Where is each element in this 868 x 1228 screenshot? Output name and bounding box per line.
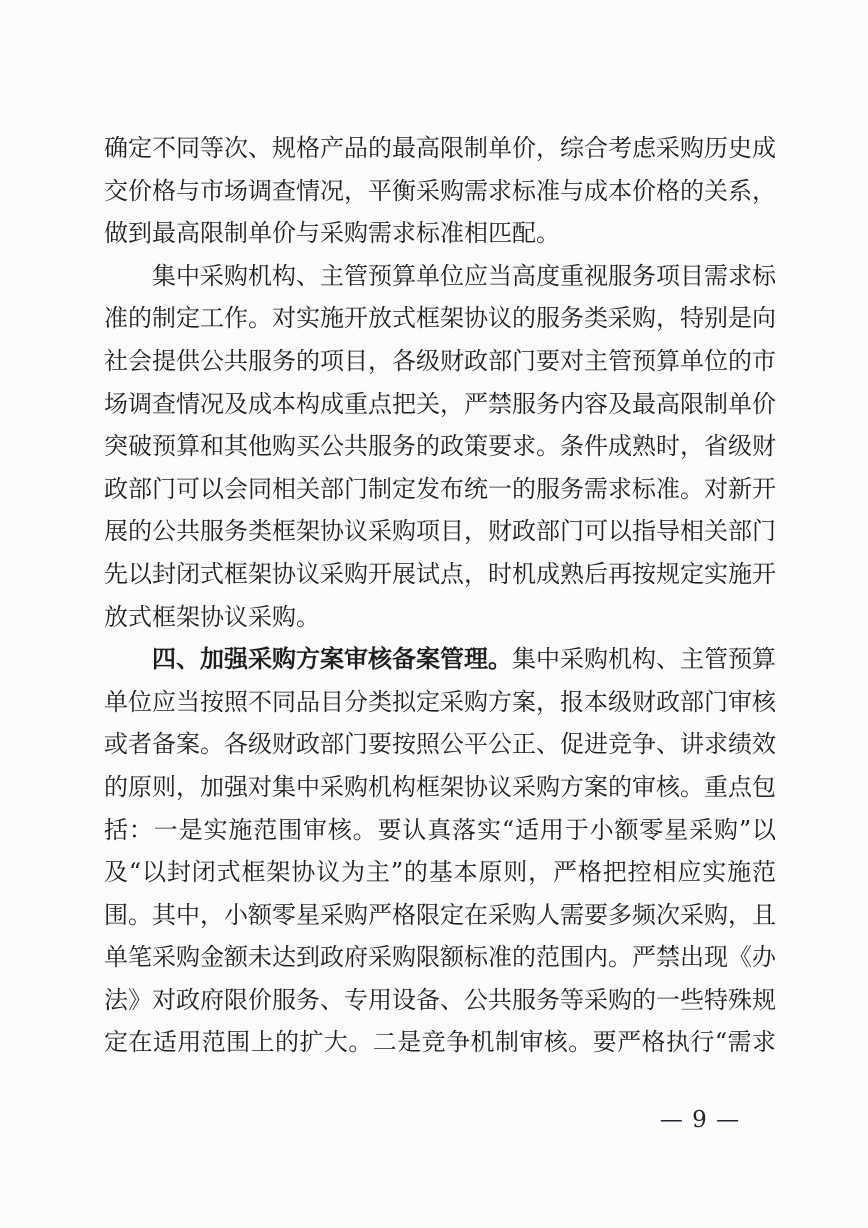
text-line: 集中采购机构、主管预算单位应当高度重视服务项目需求标 xyxy=(104,255,776,298)
text-run: 集中采购机构、主管预算 xyxy=(512,645,776,673)
text-line: 及“以封闭式框架协议为主”的基本原则，严格把控相应实施范 xyxy=(104,851,776,894)
text-line: 场调查情况及成本构成重点把关，严禁服务内容及最高限制单价 xyxy=(104,383,776,426)
text-line: 或者备案。各级财政部门要按照公平公正、促进竞争、讲求绩效 xyxy=(104,723,776,766)
text-line: 交价格与市场调查情况，平衡采购需求标准与成本价格的关系， xyxy=(104,170,776,213)
page-number: — 9 — xyxy=(655,1104,745,1136)
text-line: 定在适用范围上的扩大。二是竞争机制审核。要严格执行“需求 xyxy=(104,1021,776,1064)
text-line: 放式框架协议采购。 xyxy=(104,596,776,639)
text-line: 四、加强采购方案审核备案管理。集中采购机构、主管预算 xyxy=(104,638,776,681)
text-line: 做到最高限制单价与采购需求标准相匹配。 xyxy=(104,212,776,255)
text-line: 单位应当按照不同品目分类拟定采购方案，报本级财政部门审核 xyxy=(104,681,776,724)
text-line: 准的制定工作。对实施开放式框架协议的服务类采购，特别是向 xyxy=(104,297,776,340)
section-heading: 四、加强采购方案审核备案管理。 xyxy=(152,645,512,673)
document-page: 确定不同等次、规格产品的最高限制单价，综合考虑采购历史成交价格与市场调查情况，平… xyxy=(0,0,868,1228)
text-line: 围。其中，小额零星采购严格限定在采购人需要多频次采购，且 xyxy=(104,894,776,937)
text-line: 括：一是实施范围审核。要认真落实“适用于小额零星采购”以 xyxy=(104,809,776,852)
text-line: 政部门可以会同相关部门制定发布统一的服务需求标准。对新开 xyxy=(104,468,776,511)
text-line: 法》对政府限价服务、专用设备、公共服务等采购的一些特殊规 xyxy=(104,979,776,1022)
text-line: 确定不同等次、规格产品的最高限制单价，综合考虑采购历史成 xyxy=(104,127,776,170)
text-line: 社会提供公共服务的项目，各级财政部门要对主管预算单位的市 xyxy=(104,340,776,383)
text-line: 突破预算和其他购买公共服务的政策要求。条件成熟时，省级财 xyxy=(104,425,776,468)
text-line: 展的公共服务类框架协议采购项目，财政部门可以指导相关部门 xyxy=(104,510,776,553)
text-line: 的原则，加强对集中采购机构框架协议采购方案的审核。重点包 xyxy=(104,766,776,809)
body-text: 确定不同等次、规格产品的最高限制单价，综合考虑采购历史成交价格与市场调查情况，平… xyxy=(104,127,776,1064)
text-line: 单笔采购金额未达到政府采购限额标准的范围内。严禁出现《办 xyxy=(104,936,776,979)
text-line: 先以封闭式框架协议采购开展试点，时机成熟后再按规定实施开 xyxy=(104,553,776,596)
